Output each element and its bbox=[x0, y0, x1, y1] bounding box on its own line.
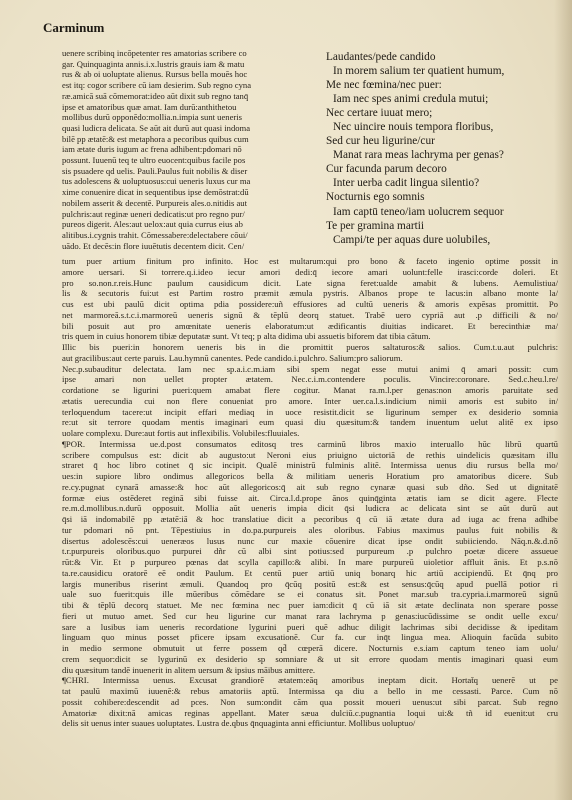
commentary-line: tibi & tēplū decorq statuet. Me nec fœmi… bbox=[62, 600, 558, 611]
left-column-line: sis psuadere qd uelis. Pauli.Paulus fuit… bbox=[62, 166, 292, 177]
left-column-line: xime conuenire dicat in sequentibus ipse… bbox=[62, 187, 292, 198]
commentary-line: cus est ubi paulū dicit optima pdia poss… bbox=[62, 299, 558, 310]
commentary-line: amore uersari. Si torrere.q.i.ideo iecur… bbox=[62, 267, 558, 278]
commentary-line: formæ eius ostēderet reginā sibi fuisse … bbox=[62, 493, 558, 504]
left-column-line: pureos digerit. Ales:aut uelox:aut quia … bbox=[62, 219, 292, 230]
left-commentary-column: uenere scribinq incōpetenter res amatori… bbox=[62, 48, 292, 251]
commentary-line: rūt:& Vir. Et p purpureo pœnas dat scyll… bbox=[62, 557, 558, 568]
commentary-line: uale suo fuerit:quis ille mūeribus cōmēd… bbox=[62, 589, 558, 600]
poem-line: Cur facunda parum decoro bbox=[326, 162, 566, 176]
left-column-line: tus adolescens & uoluptuosus:cui ueneris… bbox=[62, 176, 292, 187]
poem-line: In morem salium ter quatient humum, bbox=[326, 64, 566, 78]
commentary-line: ¶CHRI. Intermissa uenus. Excusat grandio… bbox=[62, 675, 558, 686]
commentary-line: largis muneribus riserint æmuli. Quandoq… bbox=[62, 579, 558, 590]
commentary-line: bili posuit aut pro amœnitate ueneris el… bbox=[62, 321, 558, 332]
commentary-line: tat paulū maximū iuuenē:& rebus amatorii… bbox=[62, 686, 558, 697]
commentary-line: cordatione se ligurini pueri:quem amabat… bbox=[62, 385, 558, 396]
poem-line: Sed cur heu ligurine/cur bbox=[326, 134, 566, 148]
commentary-line: ta.re.causidicu oratorē eē ondit Paulum.… bbox=[62, 568, 558, 579]
commentary-line: tum puer artium finitum pro infinito. Ho… bbox=[62, 256, 558, 267]
poem-verse-block: Laudantes/pede candidoIn morem salium te… bbox=[326, 50, 566, 247]
commentary-line: Amatoriæ dixit:nā amicas reginas appella… bbox=[62, 708, 558, 719]
left-column-line: ræ.amicā suā cōmemorat:ideo aūt dixit su… bbox=[62, 91, 292, 102]
left-column-line: alitibus.i.cygnis trahit. Cōmessabere:de… bbox=[62, 230, 292, 241]
commentary-line: re.cy.pugnat cynarā amasse:& hoc aūt all… bbox=[62, 482, 558, 493]
poem-line: Te per gramina martii bbox=[326, 219, 566, 233]
book-page: Carminum uenere scribinq incōpetenter re… bbox=[0, 0, 572, 800]
poem-line: Campi/te per aquas dure uolubiles, bbox=[326, 233, 566, 247]
commentary-line: delis sit uenus inter suaues uoluptates.… bbox=[62, 718, 558, 729]
left-column-line: nobilem asserit & decentē. Purpureis ale… bbox=[62, 198, 292, 209]
commentary-line: uolare complexu. Dure:aut fortis aut inf… bbox=[62, 428, 558, 439]
poem-line: Me nec fœmina/nec puer: bbox=[326, 78, 566, 92]
left-column-line: mollibus durū opponēdo:mollia.n.impia su… bbox=[62, 112, 292, 123]
commentary-line: net marmoreā.s.t.c.i.marmoreū ueneris si… bbox=[62, 310, 558, 321]
left-column-line: ipse et amatoribus quæ amat. Iam durū:an… bbox=[62, 102, 292, 113]
commentary-line: disertus adolescēs:cui ueneræos lusus nu… bbox=[62, 536, 558, 547]
commentary-line: re.m.d.mollibus.n.durū opposuit. Mollia … bbox=[62, 503, 558, 514]
poem-line: Iam nec spes animi credula mutui; bbox=[326, 92, 566, 106]
commentary-line: q̄si iā indomabilē pp ætatē:iā & hoc tra… bbox=[62, 514, 558, 525]
commentary-line: ues:in supiore libro ondimus allegoricos… bbox=[62, 471, 558, 482]
commentary-line: ¶POR. Intermissa ue.d.post consumatos ed… bbox=[62, 439, 558, 450]
left-column-line: uenere scribinq incōpetenter res amatori… bbox=[62, 48, 292, 59]
poem-line: Iam captū teneo/iam uolucrem sequor bbox=[326, 205, 566, 219]
left-column-line: rus & ab oi uoluptate alienus. Rursus be… bbox=[62, 69, 292, 80]
poem-line: Nocturnis ego somnis bbox=[326, 190, 566, 204]
commentary-line: ætatis uerecundia cui non flere conuenia… bbox=[62, 396, 558, 407]
commentary-line: re:ut sit terrore quodam mentis imaginar… bbox=[62, 417, 558, 428]
commentary-line: tur pdomari nō pnt. Tēpestiuius in do.pa… bbox=[62, 525, 558, 536]
poem-line: Inter uerba cadit lingua silentio? bbox=[326, 176, 566, 190]
poem-line: Manat rara meas lachryma per genas? bbox=[326, 148, 566, 162]
commentary-line: aut gracilibus:aut certe paruis. Lau.hym… bbox=[62, 353, 558, 364]
left-column-line: gar. Quinquaginta annis.i.x.lustris grau… bbox=[62, 59, 292, 70]
commentary-line: ipse amari non uellet propter ætatem. Ne… bbox=[62, 374, 558, 385]
left-column-line: possunt. Iuuenū teq te ultro euocent:qui… bbox=[62, 155, 292, 166]
commentary-line: in medio sermone obmutuit ut ferre posse… bbox=[62, 643, 558, 654]
commentary-line: crem sequor:dicit se lygurinū ex desider… bbox=[62, 654, 558, 665]
left-column-line: iam ætate duris iugum ac frena adhibent:… bbox=[62, 144, 292, 155]
commentary-line: t.r.purpureis oloribus.quo purpurei dñr … bbox=[62, 546, 558, 557]
left-column-line: est itq: cogor scribere cū iam desierim.… bbox=[62, 80, 292, 91]
commentary-line: diu quæsitum tandē inuenerit in alitem u… bbox=[62, 665, 558, 676]
commentary-line: scribere compulsus est: dicit ab augusto… bbox=[62, 450, 558, 461]
left-column-line: uādo. Et decēs:in flore iuuētutis decent… bbox=[62, 241, 292, 252]
left-column-line: bilē pp ætatē:& est metaphora a pecoribu… bbox=[62, 134, 292, 145]
left-column-line: quasi ludicra delicata. Se aūt ait durū … bbox=[62, 123, 292, 134]
commentary-line: Illic bis pueri:in honorem ueneris bis i… bbox=[62, 342, 558, 353]
commentary-line: fieri ut mutuo amet. Sed cur heu ligurin… bbox=[62, 611, 558, 622]
poem-line: Laudantes/pede candido bbox=[326, 50, 566, 64]
commentary-line: linguam quo minus posset pficere ipsam e… bbox=[62, 632, 558, 643]
poem-line: Nec uincire nouis tempora floribus, bbox=[326, 120, 566, 134]
commentary-line: straret q̄ hoc libro cotinet q̄ sic inci… bbox=[62, 460, 558, 471]
commentary-line: pro so.non.r.reis.Hunc paulum causidicum… bbox=[62, 278, 558, 289]
commentary-line: sare a lusibus iam ueneris recordatione … bbox=[62, 622, 558, 633]
commentary-line: lis & secutoris fui:ut est Partim rostro… bbox=[62, 288, 558, 299]
left-column-line: pulchris:aut reginæ ueneri dedicatis:ut … bbox=[62, 209, 292, 220]
poem-line: Nec certare iuuat mero; bbox=[326, 106, 566, 120]
commentary-body: tum puer artium finitum pro infinito. Ho… bbox=[62, 256, 558, 729]
commentary-line: terloquendum tacere:ut incipit effari me… bbox=[62, 407, 558, 418]
commentary-line: Nec.p.subauditur delectata. Iam nec sp.a… bbox=[62, 364, 558, 375]
commentary-line: possit cohibere:descendit ad pces. Non s… bbox=[62, 697, 558, 708]
commentary-line: tris quem in cuius honorem tibiæ deputat… bbox=[62, 331, 558, 342]
running-head: Carminum bbox=[43, 20, 104, 36]
